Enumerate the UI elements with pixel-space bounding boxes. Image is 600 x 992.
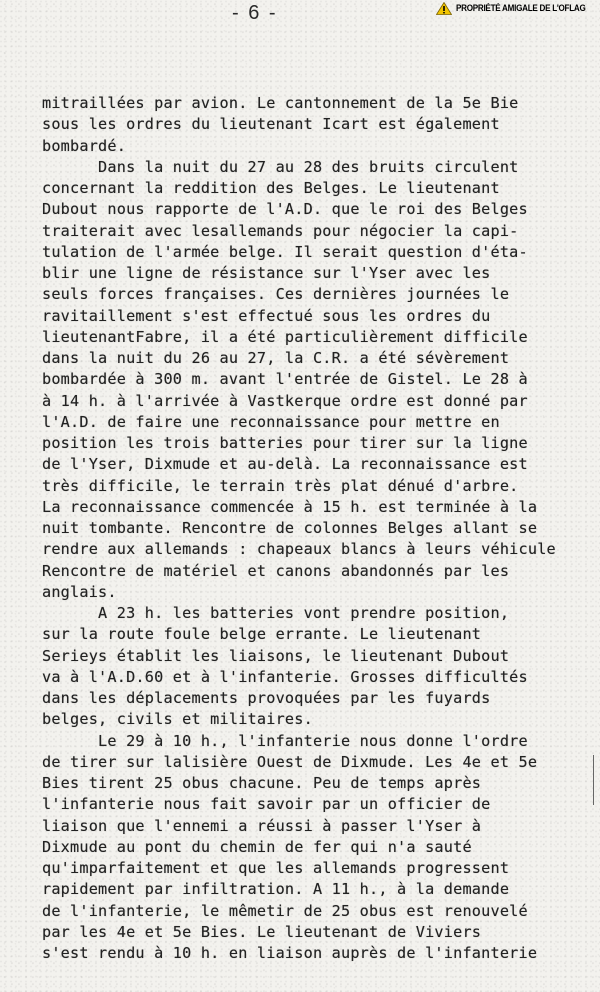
text-line: par les 4e et 5e Bies. Le lieutenant de …	[42, 922, 600, 943]
warning-triangle-icon	[436, 2, 452, 15]
text-line: l'A.D. de faire une reconnaissance pour …	[42, 412, 600, 433]
text-line: Dans la nuit du 27 au 28 des bruits circ…	[42, 157, 600, 178]
text-line: anglais.	[42, 582, 600, 603]
text-line: liaison que l'ennemi a réussi à passer l…	[42, 816, 600, 837]
text-line: qu'imparfaitement et que les allemands p…	[42, 858, 600, 879]
text-line: blir une ligne de résistance sur l'Yser …	[42, 263, 600, 284]
text-line: Serieys établit les liaisons, le lieuten…	[42, 646, 600, 667]
text-line: A 23 h. les batteries vont prendre posit…	[42, 603, 600, 624]
text-line: rendre aux allemands : chapeaux blancs à…	[42, 539, 600, 560]
text-line: belges, civils et militaires.	[42, 709, 600, 730]
text-line: dans la nuit du 26 au 27, la C.R. a été …	[42, 348, 600, 369]
text-line: l'infanterie nous fait savoir par un off…	[42, 794, 600, 815]
document-page: - 6 - PROPRIÉTÉ AMIGALE DE L'OFLAG mitra…	[0, 0, 600, 992]
text-line: traiterait avec lesallemands pour négoci…	[42, 221, 600, 242]
text-line: bombardé.	[42, 136, 600, 157]
text-line: nuit tombante. Rencontre de colonnes Bel…	[42, 518, 600, 539]
text-line: sur la route foule belge errante. Le lie…	[42, 624, 600, 645]
scan-edge-mark	[593, 755, 594, 805]
text-line: lieutenantFabre, il a été particulièreme…	[42, 327, 600, 348]
text-line: dans les déplacements provoquées par les…	[42, 688, 600, 709]
text-line: position les trois batteries pour tirer …	[42, 433, 600, 454]
text-line: à 14 h. à l'arrivée à Vastkerque ordre e…	[42, 391, 600, 412]
ownership-watermark: PROPRIÉTÉ AMIGALE DE L'OFLAG	[436, 1, 600, 15]
text-line: Rencontre de matériel et canons abandonn…	[42, 561, 600, 582]
text-line: Le 29 à 10 h., l'infanterie nous donne l…	[42, 731, 600, 752]
text-line: rapidement par infiltration. A 11 h., à …	[42, 879, 600, 900]
text-line: La reconnaissance commencée à 15 h. est …	[42, 497, 600, 518]
text-line: de l'infanterie, le mêmetir de 25 obus e…	[42, 901, 600, 922]
text-line: Dixmude au pont du chemin de fer qui n'a…	[42, 837, 600, 858]
text-line: de tirer sur lalisière Ouest de Dixmude.…	[42, 752, 600, 773]
text-line: Dubout nous rapporte de l'A.D. que le ro…	[42, 199, 600, 220]
text-line: Bies tirent 25 obus chacune. Peu de temp…	[42, 773, 600, 794]
text-line: seuls forces françaises. Ces dernières j…	[42, 284, 600, 305]
text-line: très difficile, le terrain très plat dén…	[42, 476, 600, 497]
typewritten-text-body: mitraillées par avion. Le cantonnement d…	[42, 93, 600, 964]
text-line: tulation de l'armée belge. Il serait que…	[42, 242, 600, 263]
watermark-text: PROPRIÉTÉ AMIGALE DE L'OFLAG	[456, 3, 586, 13]
text-line: s'est rendu à 10 h. en liaison auprès de…	[42, 943, 600, 964]
text-line: sous les ordres du lieutenant Icart est …	[42, 114, 600, 135]
text-line: concernant la reddition des Belges. Le l…	[42, 178, 600, 199]
text-line: mitraillées par avion. Le cantonnement d…	[42, 93, 600, 114]
text-line: de l'Yser, Dixmude et au-delà. La reconn…	[42, 454, 600, 475]
text-line: va à l'A.D.60 et à l'infanterie. Grosses…	[42, 667, 600, 688]
page-number: - 6 -	[232, 2, 278, 25]
text-line: bombardée à 300 m. avant l'entrée de Gis…	[42, 369, 600, 390]
text-line: ravitaillement s'est effectué sous les o…	[42, 306, 600, 327]
